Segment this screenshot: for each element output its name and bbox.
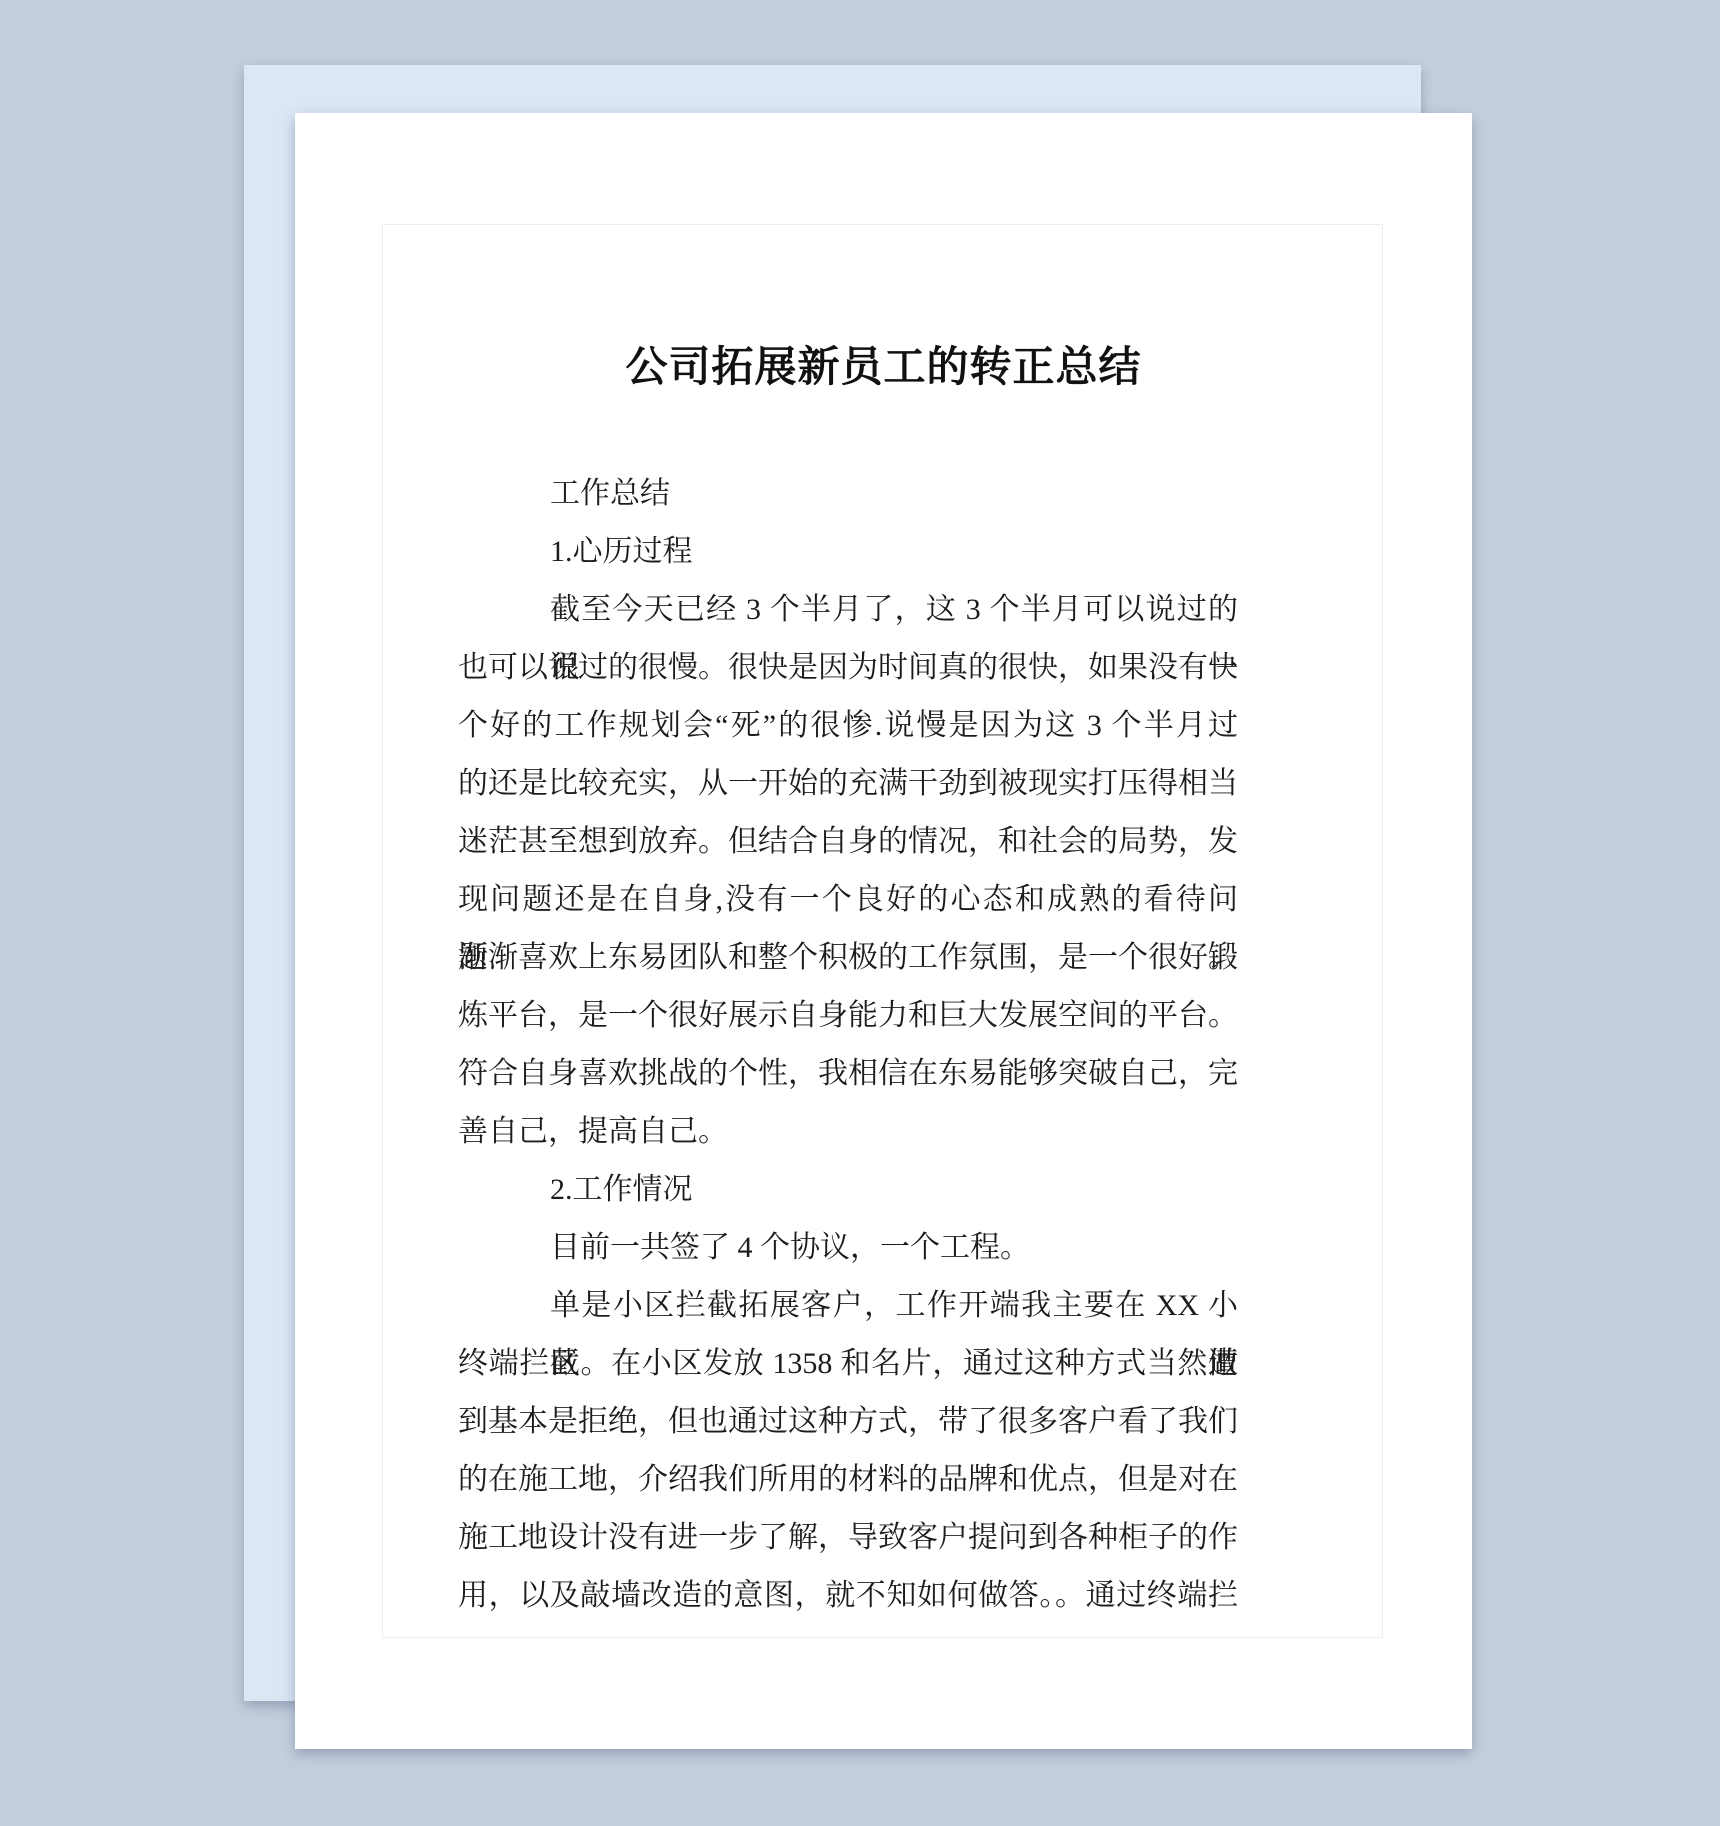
body-line: 2.工作情况 <box>458 1161 1238 1219</box>
body-line: 炼平台，是一个很好展示自身能力和巨大发展空间的平台。 <box>458 987 1238 1045</box>
body-line: 也可以说过的很慢。很快是因为时间真的很快，如果没有一 <box>458 639 1238 697</box>
desk-background: 公司拓展新员工的转正总结 工作总结 1.心历过程 截至今天已经 3 个半月了，这… <box>0 0 1720 1826</box>
body-line: 1.心历过程 <box>458 523 1238 581</box>
body-line: 现问题还是在自身,没有一个良好的心态和成熟的看待问题。 <box>458 871 1238 929</box>
body-line: 工作总结 <box>458 465 1238 523</box>
body-line: 符合自身喜欢挑战的个性，我相信在东易能够突破自己，完 <box>458 1045 1238 1103</box>
body-line: 的还是比较充实，从一开始的充满干劲到被现实打压得相当 <box>458 755 1238 813</box>
body-line: 目前一共签了 4 个协议，一个工程。 <box>458 1219 1238 1277</box>
body-line: 个好的工作规划会“死”的很惨.说慢是因为这 3 个半月过 <box>458 697 1238 755</box>
body-line: 迷茫甚至想到放弃。但结合自身的情况，和社会的局势，发 <box>458 813 1238 871</box>
body-line: 终端拦截。在小区发放 1358 和名片，通过这种方式当然遭 <box>458 1335 1238 1393</box>
body-line: 用，以及敲墙改造的意图，就不知如何做答。。通过终端拦 <box>458 1567 1238 1625</box>
body-line: 截至今天已经 3 个半月了，这 3 个半月可以说过的很快 <box>458 581 1238 639</box>
document-page: 公司拓展新员工的转正总结 工作总结 1.心历过程 截至今天已经 3 个半月了，这… <box>295 113 1472 1749</box>
body-line: 施工地设计没有进一步了解，导致客户提问到各种柜子的作 <box>458 1509 1238 1567</box>
document-body: 工作总结 1.心历过程 截至今天已经 3 个半月了，这 3 个半月可以说过的很快… <box>458 465 1238 1625</box>
document-title: 公司拓展新员工的转正总结 <box>295 337 1472 397</box>
body-line: 到基本是拒绝，但也通过这种方式，带了很多客户看了我们 <box>458 1393 1238 1451</box>
body-line: 渐渐喜欢上东易团队和整个积极的工作氛围，是一个很好锻 <box>458 929 1238 987</box>
body-line: 的在施工地，介绍我们所用的材料的品牌和优点，但是对在 <box>458 1451 1238 1509</box>
body-line: 善自己，提高自己。 <box>458 1103 1238 1161</box>
body-line: 单是小区拦截拓展客户，工作开端我主要在 XX 小区做 <box>458 1277 1238 1335</box>
